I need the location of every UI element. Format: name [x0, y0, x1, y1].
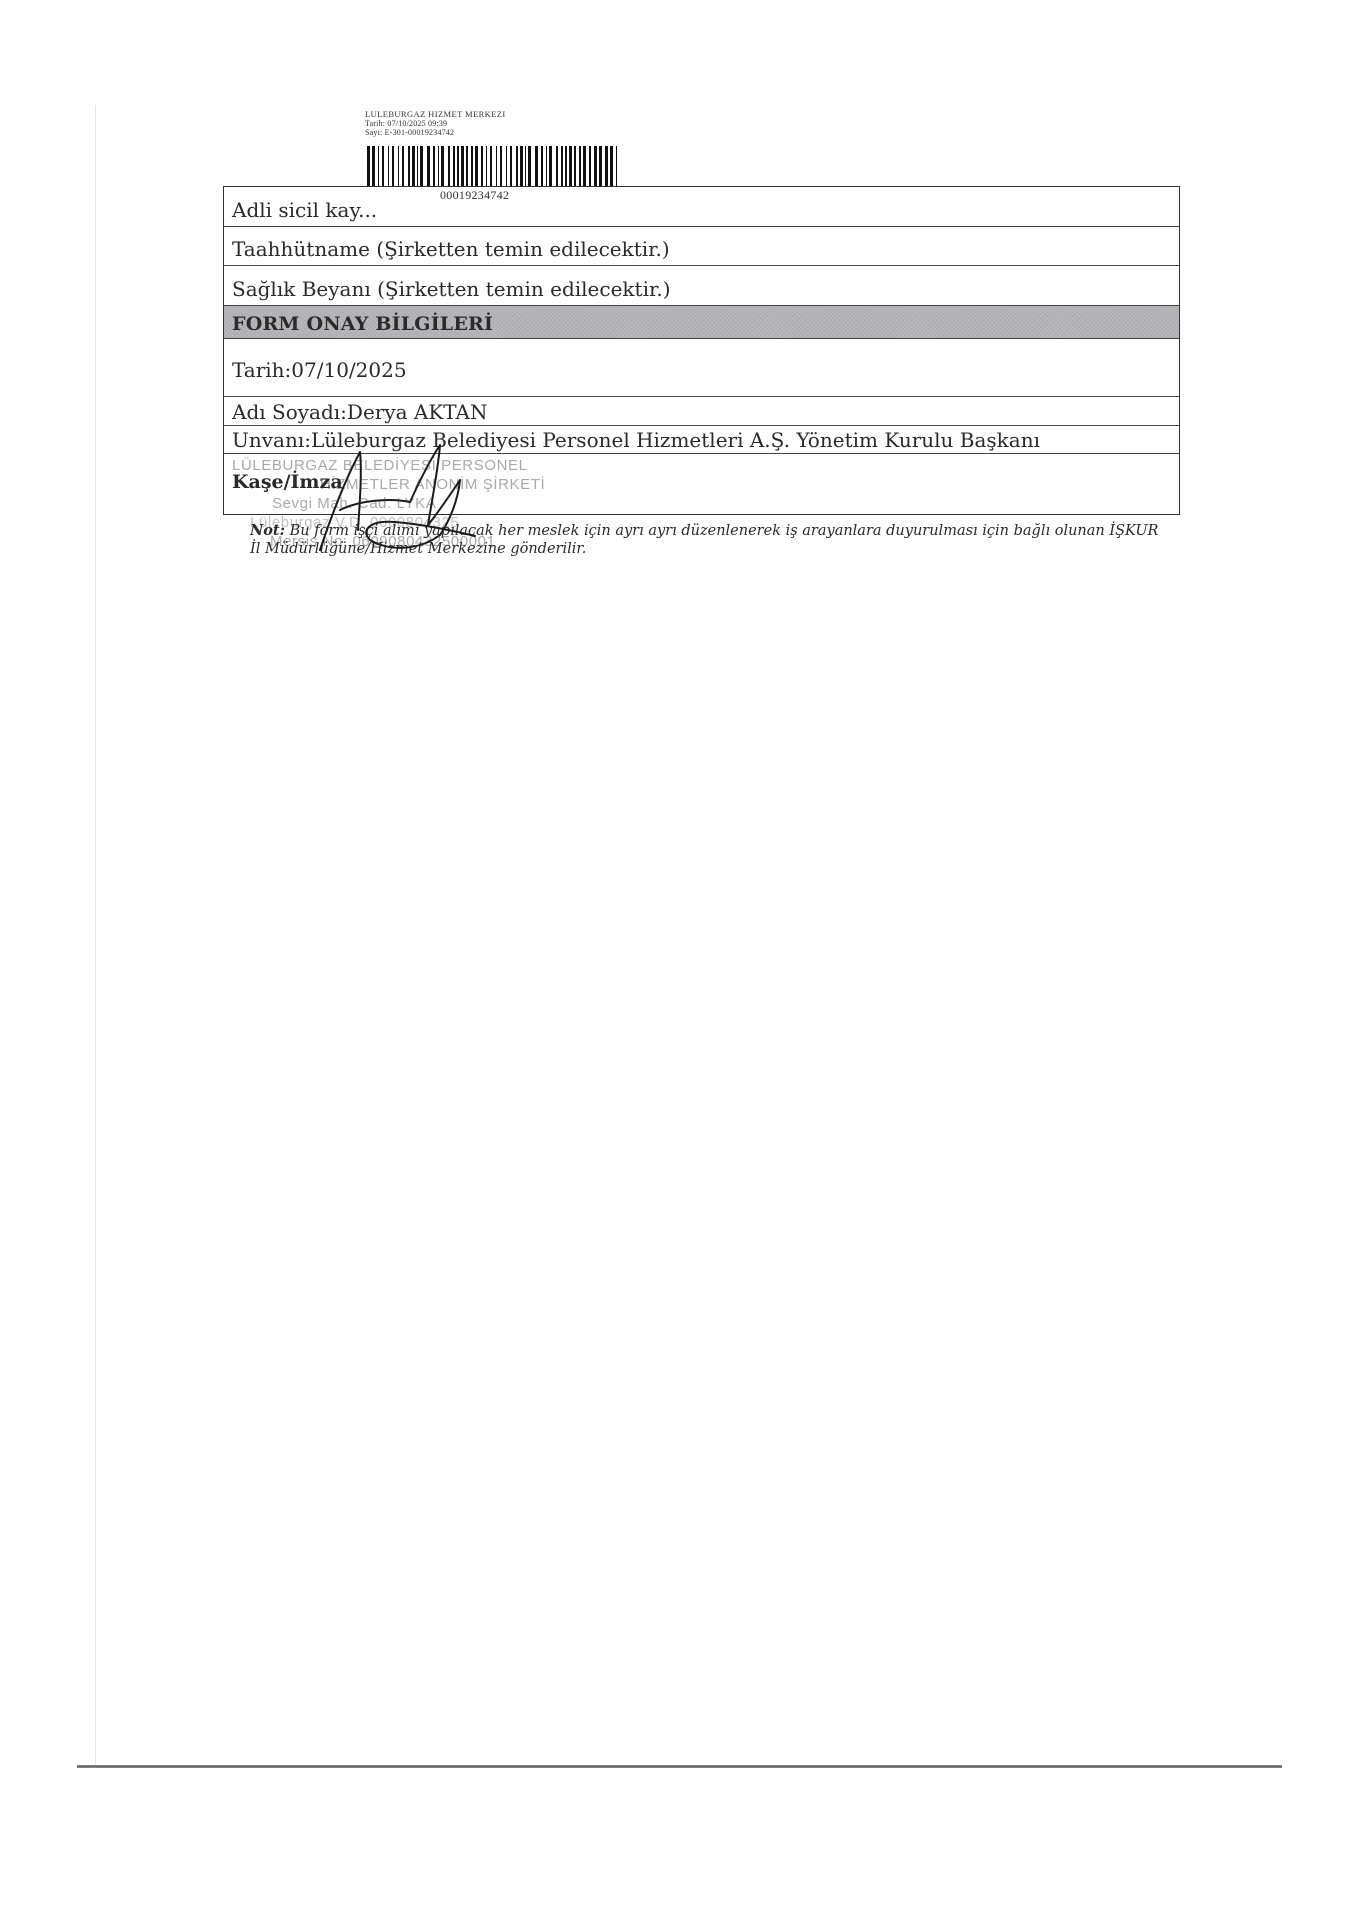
scan-page-edge [95, 105, 96, 1765]
registry-number: Sayı: E-301-00019234742 [365, 128, 625, 137]
row-criminal-record: Adli sicil kay... [224, 187, 1179, 227]
note-label: Not: [250, 522, 285, 539]
approval-date: Tarih:07/10/2025 [232, 358, 407, 382]
row-health-declaration: Sağlık Beyanı (Şirketten temin edilecekt… [224, 266, 1179, 306]
criminal-record-label: Adli sicil kay... [232, 198, 377, 222]
barcode [367, 146, 617, 186]
registry-date: Tarih: 07/10/2025 09:39 [365, 119, 625, 128]
registry-office: LULEBURGAZ HIZMET MERKEZI [365, 110, 625, 119]
note-text: Bu form işçi alımı yapılacak her meslek … [250, 523, 1158, 557]
health-declaration-label: Sağlık Beyanı (Şirketten temin edilecekt… [232, 277, 671, 301]
row-approver-name: Adı Soyadı:Derya AKTAN [224, 397, 1179, 426]
stamp-line-2: HİZMETLER ANONİM ŞİRKETİ [320, 475, 545, 494]
row-approver-title: Unvanı:Lüleburgaz Belediyesi Personel Hi… [224, 426, 1179, 454]
approval-header-title: FORM ONAY BİLGİLERİ [232, 313, 493, 335]
approval-section-header: FORM ONAY BİLGİLERİ [224, 306, 1179, 339]
row-approval-date: Tarih:07/10/2025 [224, 339, 1179, 397]
page-bottom-rule [77, 1765, 1282, 1768]
stamp-line-3: Sevgi Mah. Cad. LYKA [272, 494, 545, 513]
row-commitment: Taahhütname (Şirketten temin edilecektir… [224, 227, 1179, 266]
commitment-label: Taahhütname (Şirketten temin edilecektir… [232, 237, 670, 261]
approver-name: Adı Soyadı:Derya AKTAN [232, 400, 488, 424]
footnote: Not: Bu form işçi alımı yapılacak her me… [250, 522, 1170, 558]
registry-stamp: LULEBURGAZ HIZMET MERKEZI Tarih: 07/10/2… [365, 110, 625, 137]
seal-signature-label: Kaşe/İmza [232, 471, 343, 493]
approver-title: Unvanı:Lüleburgaz Belediyesi Personel Hi… [232, 428, 1040, 452]
